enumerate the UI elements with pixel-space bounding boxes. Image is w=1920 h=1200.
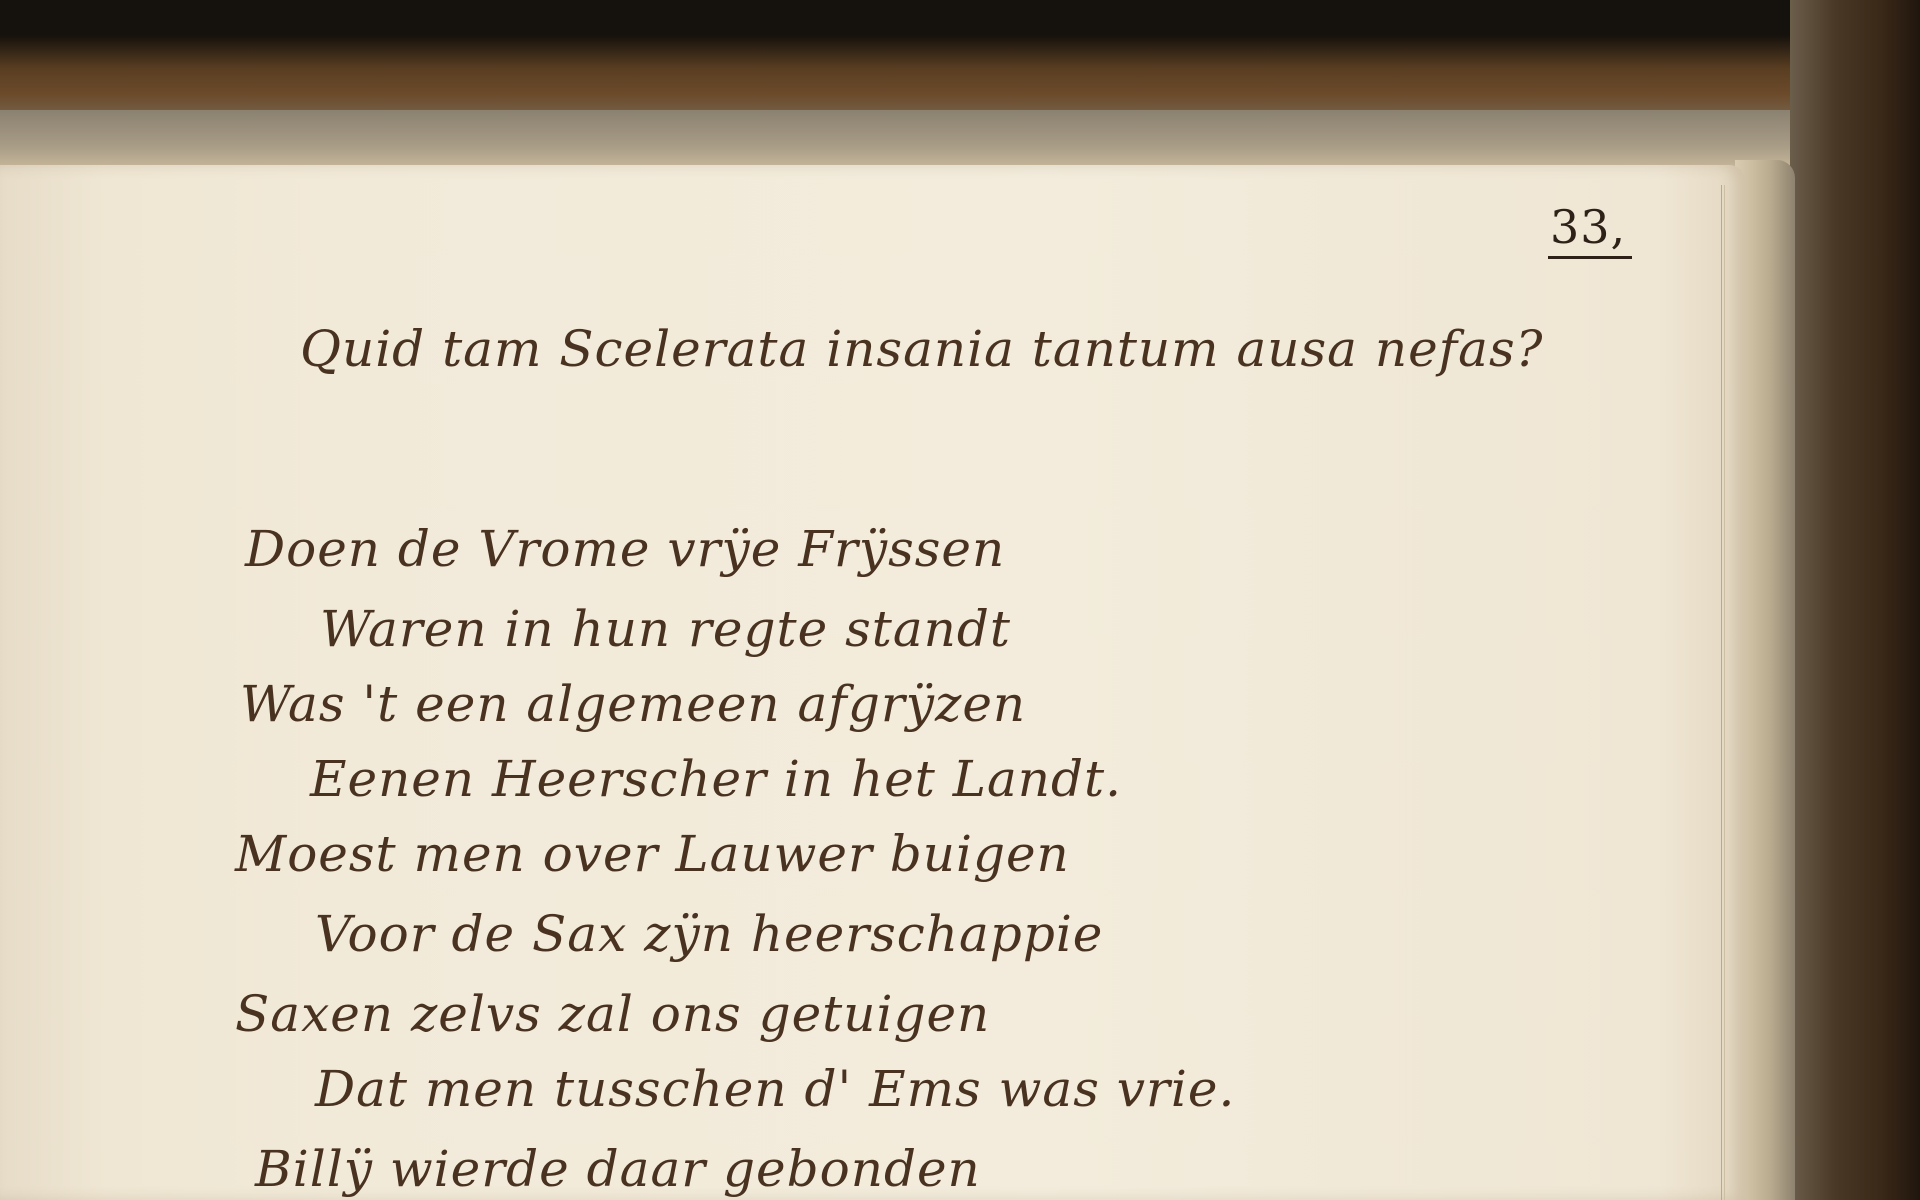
page-number: 33, xyxy=(1548,200,1632,259)
verse-line-8: Dat men tusschen d' Ems was vrie. xyxy=(315,1060,1235,1118)
verse-line-7: Saxen zelvs zal ons getuigen xyxy=(235,985,990,1043)
verse-line-5: Moest men over Lauwer buigen xyxy=(235,825,1070,883)
latin-motto: Quid tam Scelerata insania tantum ausa n… xyxy=(300,320,1543,378)
verse-line-9: Billÿ wierde daar gebonden xyxy=(255,1140,981,1198)
verse-line-2: Waren in hun regte standt xyxy=(320,600,1011,658)
verse-line-1: Doen de Vrome vrÿe Frÿssen xyxy=(245,520,1005,578)
book-binding-right xyxy=(1790,0,1920,1200)
verse-line-4: Eenen Heerscher in het Landt. xyxy=(310,750,1122,808)
page-block-top-edge xyxy=(0,110,1800,170)
verse-line-3: Was 't een algemeen afgrÿzen xyxy=(240,675,1026,733)
book-cover-top-edge xyxy=(0,0,1920,125)
verse-line-6: Voor de Sax zÿn heerschappie xyxy=(315,905,1103,963)
